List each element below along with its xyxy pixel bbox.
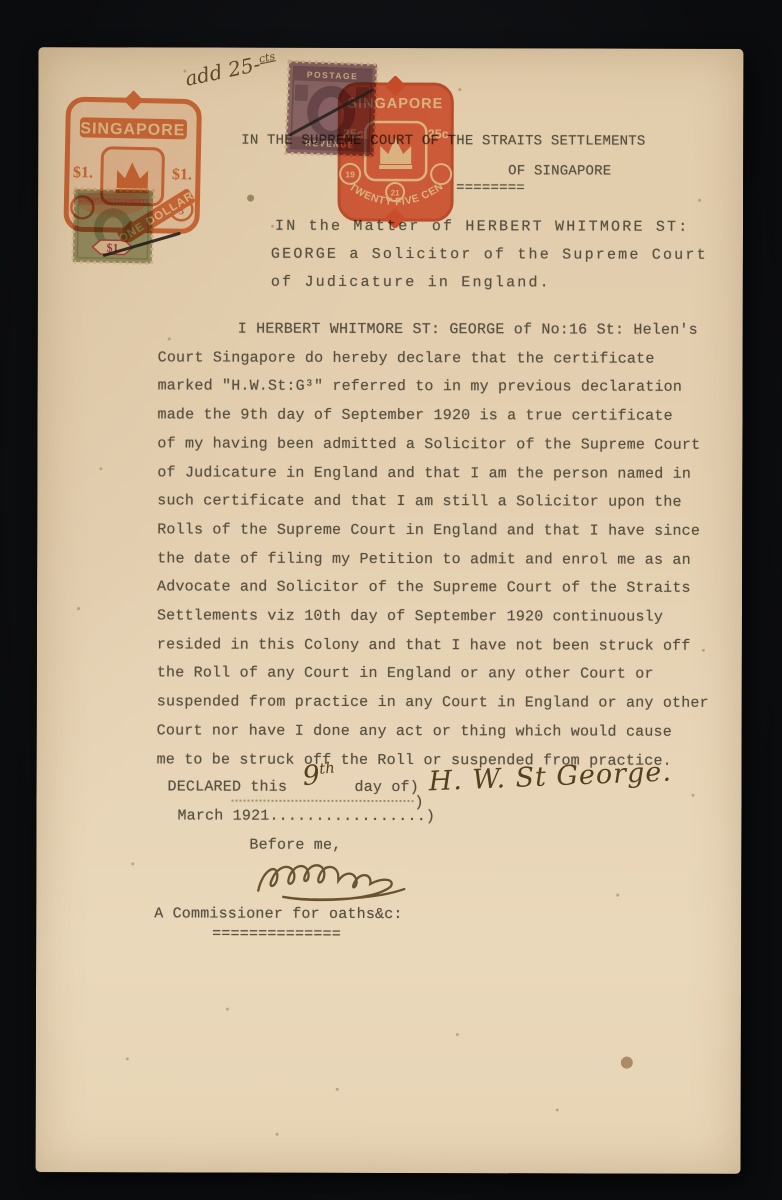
body-line: Settlements viz 10th day of September 19… — [157, 602, 722, 632]
fox-spot — [336, 1088, 339, 1091]
fox-spot — [556, 1108, 559, 1111]
body-line: Rolls of the Supreme Court in England an… — [157, 516, 722, 546]
fox-spot — [616, 894, 619, 897]
body-line: the date of filing my Petition to admit … — [157, 545, 722, 575]
document-page: IN THE SUPREME COURT OF THE STRAITS SETT… — [36, 47, 744, 1174]
fox-spot — [226, 1008, 229, 1011]
stamp-value-left: $1. — [73, 164, 93, 181]
fox-spot — [99, 467, 102, 470]
fox-spot — [458, 88, 461, 91]
fee-note-main: add 25- — [183, 52, 262, 91]
commissioner-line: A Commissioner for oaths&c: — [154, 905, 402, 923]
body-line: resided in this Colony and that I have n… — [157, 631, 722, 661]
stamp-value-left: 25c — [343, 127, 364, 141]
matter-line3: of Judicature in England. — [271, 274, 551, 292]
fox-spot — [621, 1057, 633, 1069]
stamp-value-right: $1. — [172, 166, 192, 183]
fox-spot — [168, 337, 171, 340]
day-suffix: th — [318, 758, 335, 777]
commissioner-signature — [248, 851, 438, 909]
declared-prefix: DECLARED this — [168, 778, 288, 795]
body-line: of Judicature in England and that I am t… — [157, 459, 722, 489]
fox-spot — [456, 1033, 459, 1036]
stamp-year-left: 19 — [345, 169, 355, 179]
fox-spot — [77, 607, 80, 610]
header-rule: ======== — [456, 180, 525, 196]
body-line: suspended from practice in any Court in … — [157, 689, 722, 719]
fox-spot — [702, 649, 705, 652]
fox-spot — [131, 862, 134, 865]
fee-annotation: add 25-cts — [183, 48, 278, 90]
declared-suffix: day of) — [355, 779, 419, 796]
commissioner-rule: ============== — [212, 926, 341, 943]
handwritten-day: 9th — [301, 758, 336, 792]
body-line: such certificate and that I am still a S… — [157, 488, 722, 518]
stamp-country-label: SINGAPORE — [347, 96, 443, 112]
fox-spot — [692, 794, 695, 797]
fee-note-sup: cts — [258, 50, 277, 66]
fox-spot — [637, 729, 640, 732]
date-line: March 1921.................) — [177, 807, 435, 825]
fox-spot — [636, 332, 639, 335]
header-line2: OF SINGAPORE — [508, 163, 611, 179]
fox-spot — [247, 195, 254, 202]
body-line: the Roll of any Court in England or any … — [157, 660, 722, 690]
body-line: Court Singapore do hereby declare that t… — [158, 344, 723, 374]
body-line: Advocate and Solicitor of the Supreme Co… — [157, 574, 722, 604]
fox-spot — [276, 1133, 279, 1136]
fox-spot — [677, 504, 680, 507]
declaration-body: I HERBERT WHITMORE ST: GEORGE of No:16 S… — [157, 315, 723, 776]
fox-spot — [183, 69, 186, 72]
body-line: I HERBERT WHITMORE ST: GEORGE of No:16 S… — [158, 315, 723, 345]
stamp-value-right: 25c — [428, 127, 449, 141]
body-line: made the 9th day of September 1920 is a … — [157, 402, 722, 432]
body-line: Court nor have I done any act or thing w… — [157, 717, 722, 747]
body-line: of my having been admitted a Solicitor o… — [157, 430, 722, 460]
fox-spot — [271, 225, 274, 228]
body-line: marked "H.W.St:G³" referred to in my pre… — [158, 373, 723, 403]
fox-spot — [126, 1057, 129, 1060]
stamp-country-label: SINGAPORE — [80, 120, 185, 139]
matter-line2: GEORGE a Solicitor of the Supreme Court — [271, 246, 708, 264]
fox-spot — [698, 199, 701, 202]
dotted-underline — [231, 800, 413, 802]
